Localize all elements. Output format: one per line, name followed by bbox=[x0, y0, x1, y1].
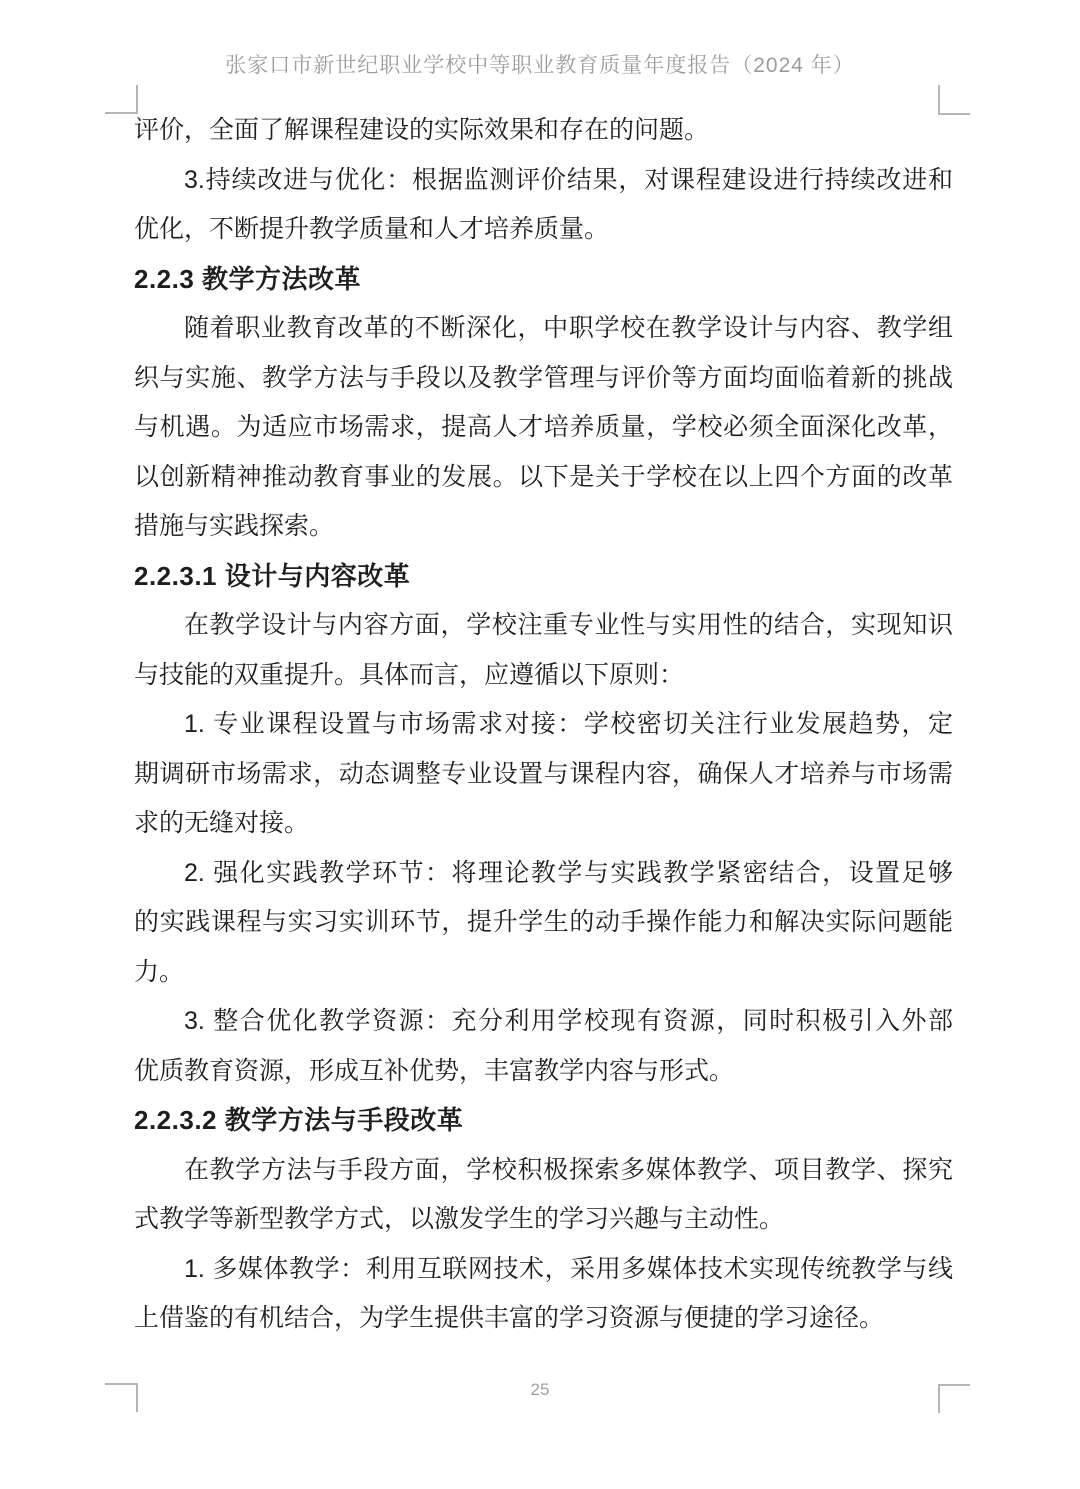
paragraph-line: 力。 bbox=[134, 948, 953, 998]
paragraph-line: 在教学方法与手段方面，学校积极探索多媒体教学、项目教学、探究 bbox=[134, 1146, 953, 1196]
paragraph-line: 与机遇。为适应市场需求，提高人才培养质量，学校必须全面深化改革， bbox=[134, 403, 953, 453]
paragraph-line: 1. 多媒体教学：利用互联网技术，采用多媒体技术实现传统教学与线 bbox=[134, 1245, 953, 1295]
paragraph-line: 织与实施、教学方法与手段以及教学管理与评价等方面均面临着新的挑战 bbox=[134, 354, 953, 404]
paragraph-line: 式教学等新型教学方式，以激发学生的学习兴趣与主动性。 bbox=[134, 1195, 953, 1245]
paragraph-line: 3.持续改进与优化：根据监测评价结果，对课程建设进行持续改进和 bbox=[134, 156, 953, 206]
paragraph-line: 与技能的双重提升。具体而言，应遵循以下原则： bbox=[134, 651, 953, 701]
section-heading: 2.2.3.2 教学方法与手段改革 bbox=[134, 1096, 953, 1146]
paragraph-line: 以创新精神推动教育事业的发展。以下是关于学校在以上四个方面的改革 bbox=[134, 453, 953, 503]
paragraph-line: 求的无缝对接。 bbox=[134, 799, 953, 849]
paragraph-line: 在教学设计与内容方面，学校注重专业性与实用性的结合，实现知识 bbox=[134, 601, 953, 651]
section-heading: 2.2.3.1 设计与内容改革 bbox=[134, 552, 953, 602]
paragraph-line: 评价，全面了解课程建设的实际效果和存在的问题。 bbox=[134, 106, 953, 156]
paragraph-line: 2. 强化实践教学环节：将理论教学与实践教学紧密结合，设置足够 bbox=[134, 849, 953, 899]
section-heading: 2.2.3 教学方法改革 bbox=[134, 255, 953, 305]
paragraph-line: 措施与实践探索。 bbox=[134, 502, 953, 552]
paragraph-line: 优质教育资源，形成互补优势，丰富教学内容与形式。 bbox=[134, 1047, 953, 1097]
page-number: 25 bbox=[0, 1379, 1080, 1401]
paragraph-line: 期调研市场需求，动态调整专业设置与课程内容，确保人才培养与市场需 bbox=[134, 750, 953, 800]
paragraph-line: 随着职业教育改革的不断深化，中职学校在教学设计与内容、教学组 bbox=[134, 304, 953, 354]
document-body: 评价，全面了解课程建设的实际效果和存在的问题。3.持续改进与优化：根据监测评价结… bbox=[134, 106, 953, 1344]
paragraph-line: 优化，不断提升教学质量和人才培养质量。 bbox=[134, 205, 953, 255]
paragraph-line: 3. 整合优化教学资源：充分利用学校现有资源，同时积极引入外部 bbox=[134, 997, 953, 1047]
running-header: 张家口市新世纪职业学校中等职业教育质量年度报告（2024 年） bbox=[0, 52, 1080, 80]
paragraph-line: 1. 专业课程设置与市场需求对接：学校密切关注行业发展趋势，定 bbox=[134, 700, 953, 750]
document-page: 张家口市新世纪职业学校中等职业教育质量年度报告（2024 年） 评价，全面了解课… bbox=[0, 0, 1080, 1489]
paragraph-line: 上借鉴的有机结合，为学生提供丰富的学习资源与便捷的学习途径。 bbox=[134, 1294, 953, 1344]
paragraph-line: 的实践课程与实习实训环节，提升学生的动手操作能力和解决实际问题能 bbox=[134, 898, 953, 948]
